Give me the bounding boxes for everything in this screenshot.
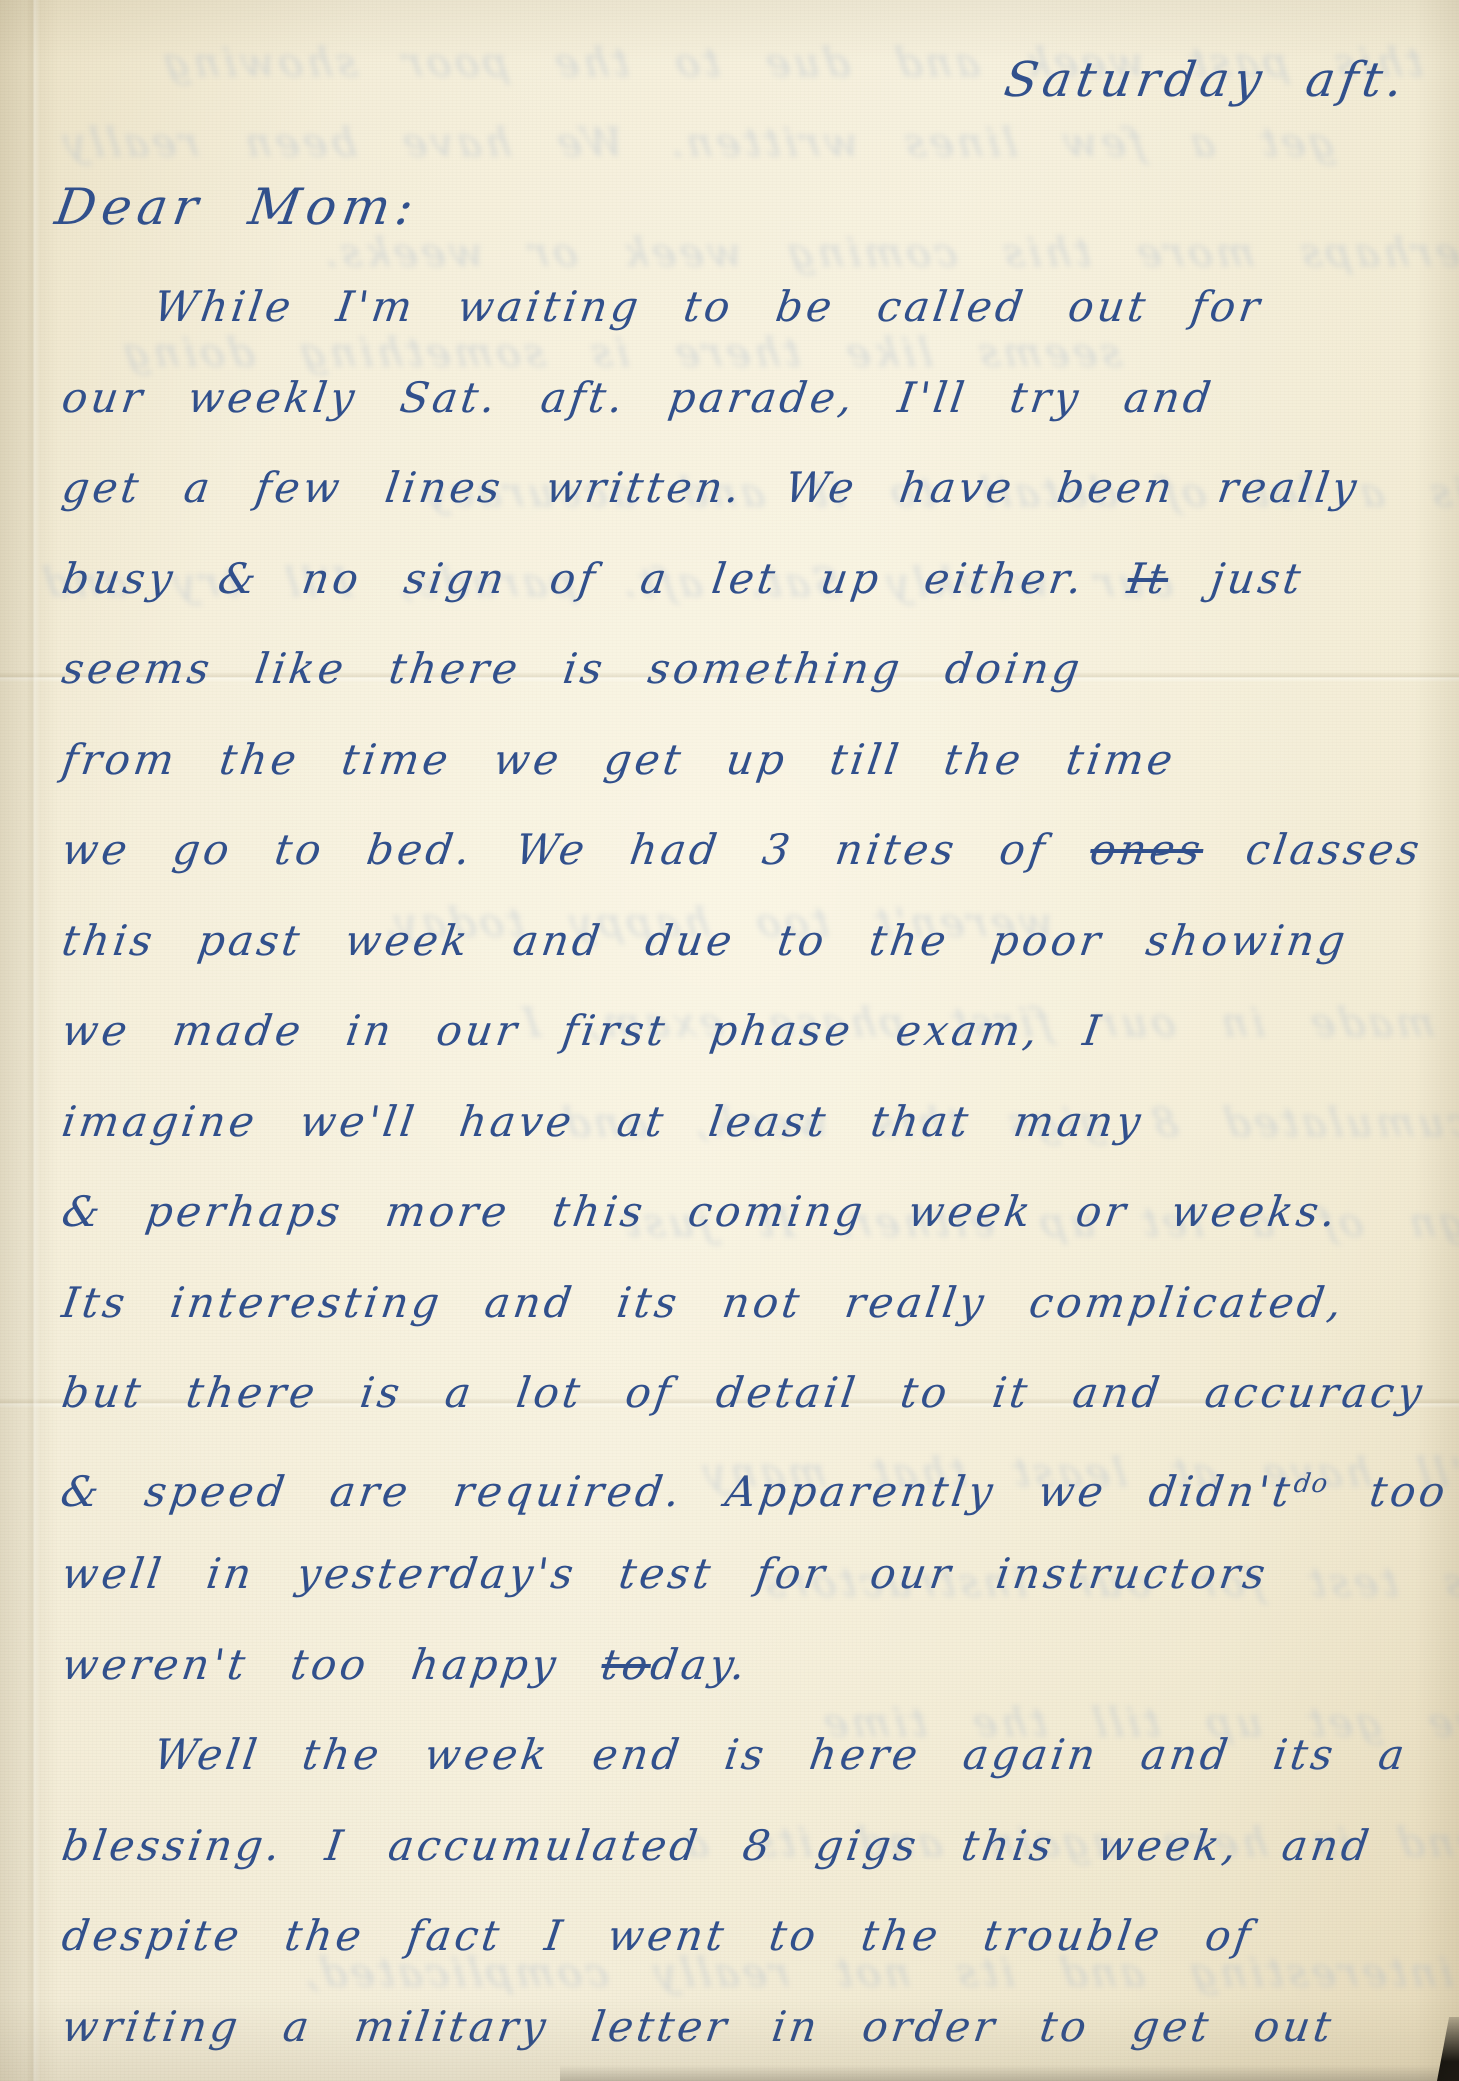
- line-text: we go to bed. We had 3 nites of: [59, 825, 1094, 874]
- struck-word: to: [598, 1640, 654, 1689]
- line-text: this past week and due to the poor showi…: [59, 916, 1352, 965]
- salutation: Dear Mom:: [51, 178, 423, 236]
- letter-line: we go to bed. We had 3 nites of ones cla…: [56, 805, 1442, 896]
- line-text: too: [1324, 1467, 1452, 1516]
- line-text: we made in our first phase exam, I: [59, 1006, 1107, 1055]
- line-text: imagine we'll have at least that many: [59, 1097, 1147, 1146]
- line-text: Well the week end is here again and its …: [151, 1730, 1411, 1779]
- letter-line: weren't too happy today.: [56, 1620, 1442, 1711]
- line-text: our weekly Sat. aft. parade, I'll try an…: [59, 373, 1217, 422]
- struck-word: It: [1124, 554, 1171, 603]
- letter-line: imagine we'll have at least that many: [56, 1077, 1442, 1168]
- line-text: writing a military letter in order to ge…: [59, 2002, 1337, 2051]
- line-text: despite the fact I went to the trouble o…: [59, 1911, 1257, 1960]
- letter-line: despite the fact I went to the trouble o…: [56, 1891, 1442, 1982]
- letter-line: & perhaps more this coming week or weeks…: [56, 1167, 1442, 1258]
- letter-line: Well the week end is here again and its …: [56, 1710, 1442, 1801]
- struck-word: ones: [1087, 825, 1207, 874]
- line-text: weren't too happy: [59, 1640, 605, 1689]
- line-text: but there is a lot of detail to it and a…: [59, 1368, 1428, 1417]
- letter-body: While I'm waiting to be called out forou…: [56, 262, 1429, 2072]
- line-text: get a few lines written. We have been re…: [59, 463, 1363, 512]
- line-text: seems like there is something doing: [59, 644, 1086, 693]
- line-text: well in yesterday's test for our instruc…: [59, 1549, 1272, 1598]
- line-text: classes: [1200, 825, 1426, 874]
- line-text: do: [1292, 1469, 1331, 1499]
- letter-line: blessing. I accumulated 8 gigs this week…: [56, 1801, 1442, 1892]
- line-text: & perhaps more this coming week or weeks…: [59, 1187, 1342, 1236]
- letter-line: writing a military letter in order to ge…: [56, 1982, 1442, 2073]
- line-text: day.: [648, 1640, 752, 1689]
- letter-line: & speed are required. Apparently we didn…: [56, 1439, 1442, 1530]
- letter-line: While I'm waiting to be called out for: [56, 262, 1442, 353]
- line-text: just: [1165, 554, 1307, 603]
- letter-line: busy & no sign of a let up either. It ju…: [56, 534, 1442, 625]
- letter-line: our weekly Sat. aft. parade, I'll try an…: [56, 353, 1442, 444]
- letter-line: from the time we get up till the time: [56, 715, 1442, 806]
- letter-line: we made in our first phase exam, I: [56, 986, 1442, 1077]
- letter-line: seems like there is something doing: [56, 624, 1442, 715]
- letter-line: well in yesterday's test for our instruc…: [56, 1529, 1442, 1620]
- letter-line: but there is a lot of detail to it and a…: [56, 1348, 1442, 1439]
- line-text: busy & no sign of a let up either.: [59, 554, 1131, 603]
- line-text: Its interesting and its not really compl…: [59, 1278, 1348, 1327]
- letter-line: Its interesting and its not really compl…: [56, 1258, 1442, 1349]
- line-text: blessing. I accumulated 8 gigs this week…: [59, 1821, 1375, 1870]
- date-line: Saturday aft.: [1000, 52, 1411, 108]
- line-text: While I'm waiting to be called out for: [151, 282, 1266, 331]
- line-text: from the time we get up till the time: [59, 735, 1179, 784]
- letter-line: get a few lines written. We have been re…: [56, 443, 1442, 534]
- letter-page: this past week and due to the poor showi…: [0, 0, 1459, 2081]
- letter-line: this past week and due to the poor showi…: [56, 896, 1442, 987]
- handwriting-layer: Saturday aft. Dear Mom: While I'm waitin…: [0, 0, 1459, 2081]
- line-text: & speed are required. Apparently we didn…: [58, 1467, 1297, 1516]
